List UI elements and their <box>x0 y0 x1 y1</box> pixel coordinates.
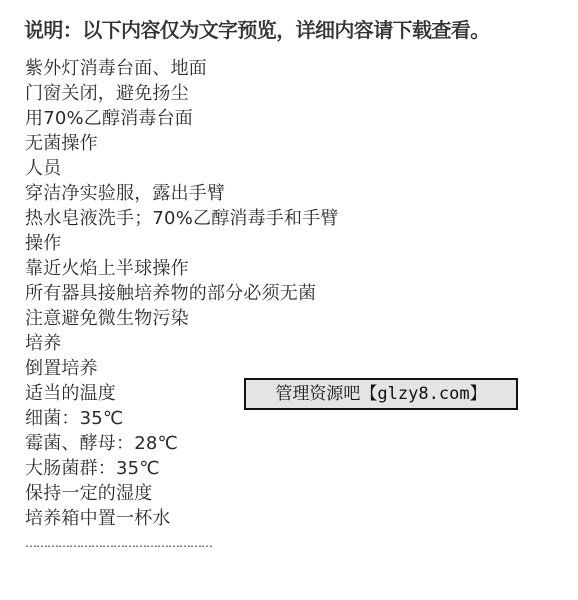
content-line: 紫外灯消毒台面、地面 <box>25 56 339 81</box>
content-line: 保持一定的湿度 <box>25 481 339 506</box>
preview-notice: 说明：以下内容仅为文字预览，详细内容请下载查看。 <box>24 17 490 43</box>
content-line: 注意避免微生物污染 <box>25 306 339 331</box>
content-line: 人员 <box>25 156 339 181</box>
content-line: 操作 <box>25 231 339 256</box>
content-line: 所有器具接触培养物的部分必须无菌 <box>25 281 339 306</box>
content-line: 用70%乙醇消毒台面 <box>25 106 339 131</box>
content-line: 门窗关闭，避免扬尘 <box>25 81 339 106</box>
content-line: 大肠菌群：35℃ <box>25 456 339 481</box>
content-line: 霉菌、酵母：28℃ <box>25 431 339 456</box>
content-line: 培养箱中置一杯水 <box>25 506 339 531</box>
document-content: 紫外灯消毒台面、地面 门窗关闭，避免扬尘 用70%乙醇消毒台面 无菌操作 人员 … <box>25 56 339 556</box>
content-line: 靠近火焰上半球操作 <box>25 256 339 281</box>
content-line: 无菌操作 <box>25 131 339 156</box>
content-line: 穿洁净实验服，露出手臂 <box>25 181 339 206</box>
truncation-ellipsis: …………………………………………… <box>25 531 339 556</box>
watermark-label: 管理资源吧【glzy8.com】 <box>244 378 518 410</box>
content-line: 培养 <box>25 331 339 356</box>
content-line: 热水皂液洗手；70%乙醇消毒手和手臂 <box>25 206 339 231</box>
